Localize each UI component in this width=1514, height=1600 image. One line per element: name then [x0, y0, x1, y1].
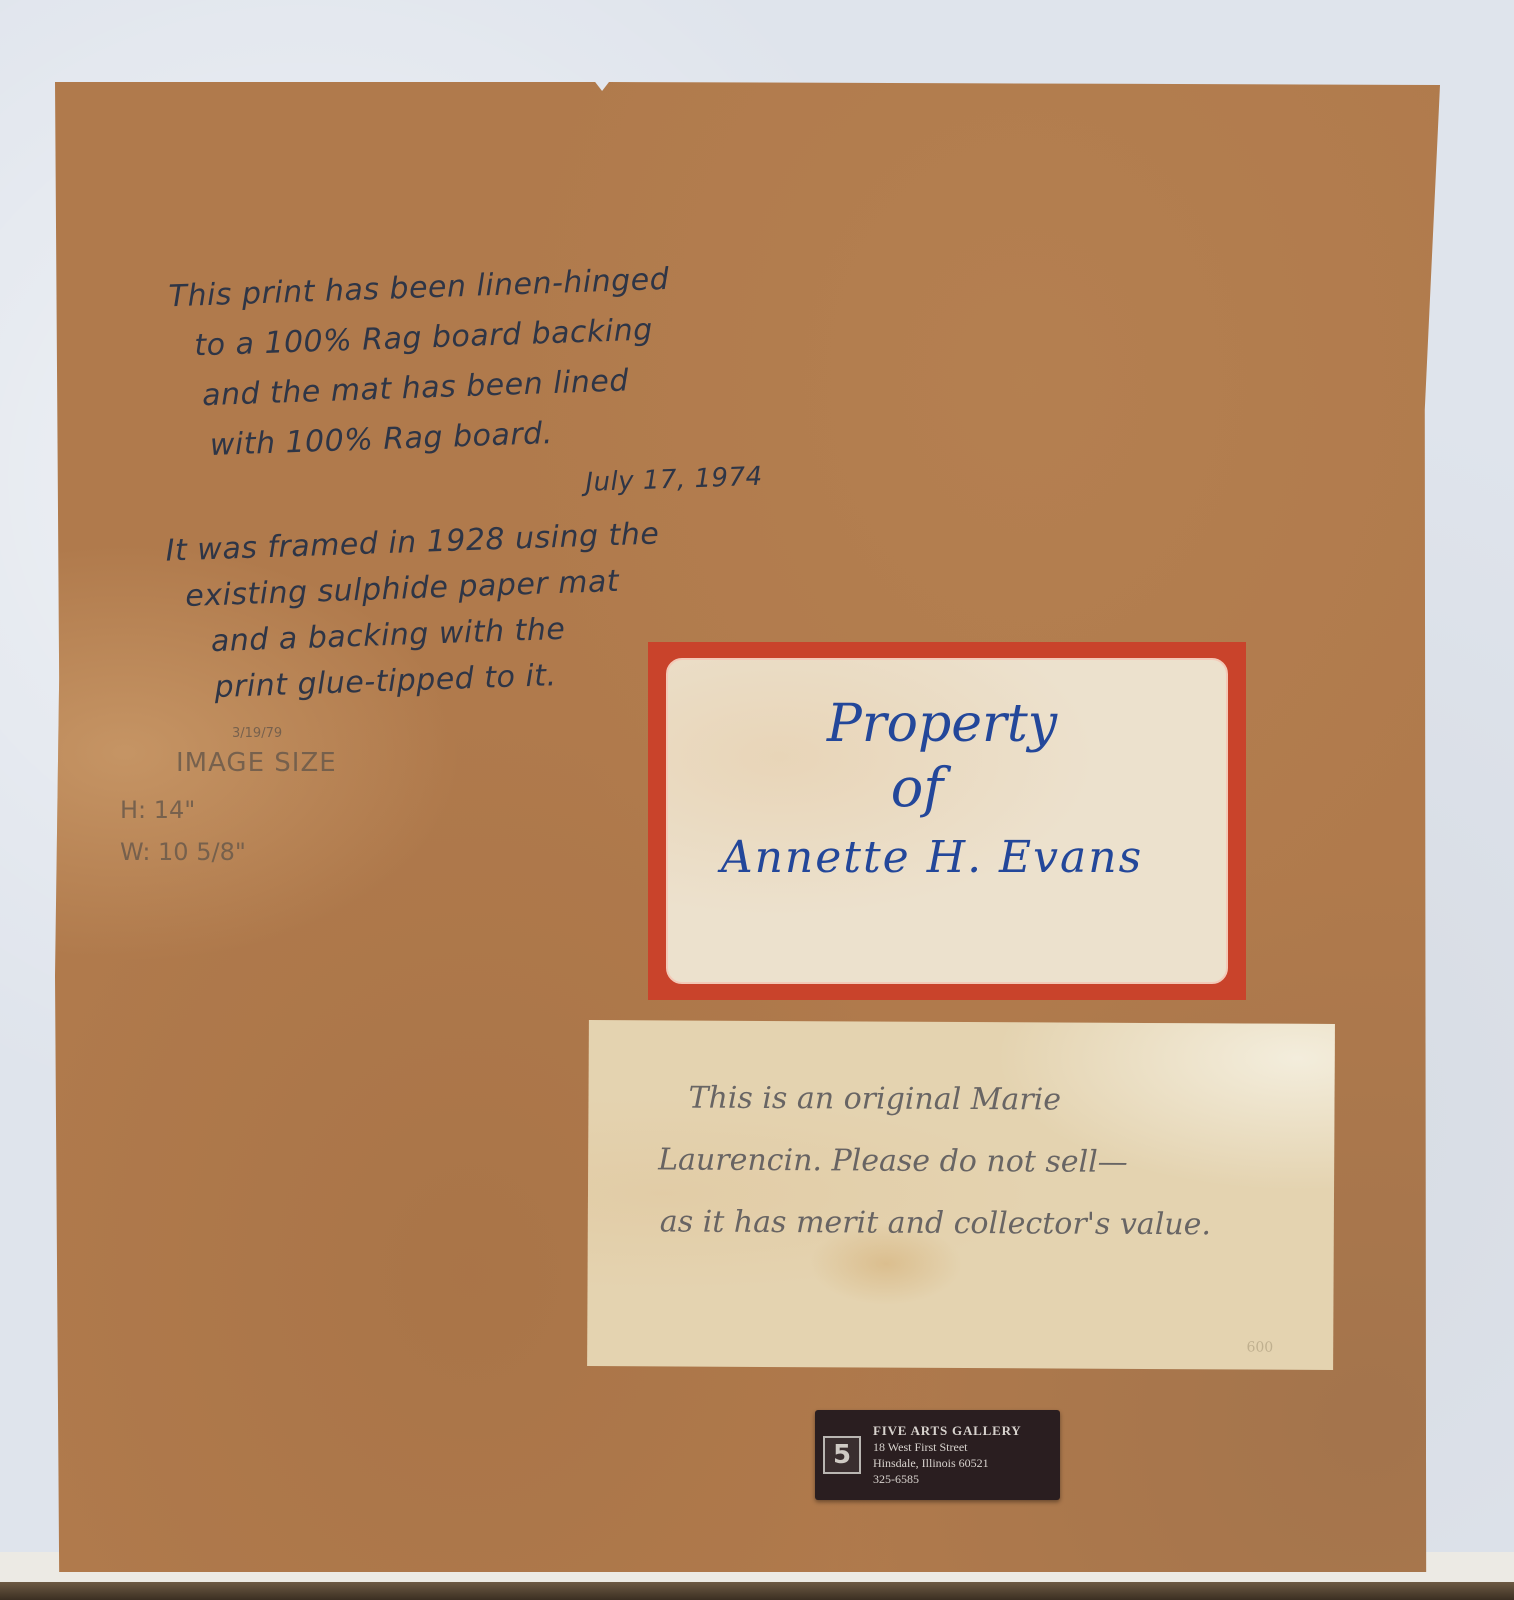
gallery-street: 18 West First Street: [873, 1439, 1022, 1455]
gallery-address: FIVE ARTS GALLERY 18 West First Street H…: [873, 1423, 1022, 1487]
gallery-phone: 325-6585: [873, 1471, 1022, 1487]
image-height: H: 14": [120, 796, 195, 824]
image-size-title: IMAGE SIZE: [176, 748, 337, 778]
property-owner: Annette H. Evans: [638, 832, 1226, 883]
property-of: of: [608, 756, 1226, 819]
property-heading: Property: [658, 694, 1226, 754]
card-line: This is an original Marie: [688, 1081, 1061, 1118]
property-label-card: Property of Annette H. Evans: [666, 658, 1228, 984]
gallery-name: FIVE ARTS GALLERY: [873, 1423, 1022, 1439]
card-mark: 600: [1246, 1339, 1273, 1355]
conservation-note: This print has been linen-hinged to a 10…: [168, 252, 764, 522]
table-edge: [0, 1582, 1514, 1600]
framing-note: It was framed in 1928 using the existing…: [165, 511, 665, 712]
property-label: Property of Annette H. Evans: [648, 642, 1246, 1000]
gallery-logo-icon: 5: [823, 1436, 861, 1474]
image-size-date: 3/19/79: [232, 726, 282, 741]
image-width: W: 10 5/8": [120, 838, 246, 866]
card-line: as it has merit and collector's value.: [660, 1204, 1211, 1242]
pencil-note-card: This is an original Marie Laurencin. Ple…: [587, 1020, 1335, 1370]
gallery-label: 5 FIVE ARTS GALLERY 18 West First Street…: [815, 1410, 1060, 1500]
gallery-city: Hinsdale, Illinois 60521: [873, 1455, 1022, 1471]
card-line: Laurencin. Please do not sell—: [658, 1142, 1128, 1179]
